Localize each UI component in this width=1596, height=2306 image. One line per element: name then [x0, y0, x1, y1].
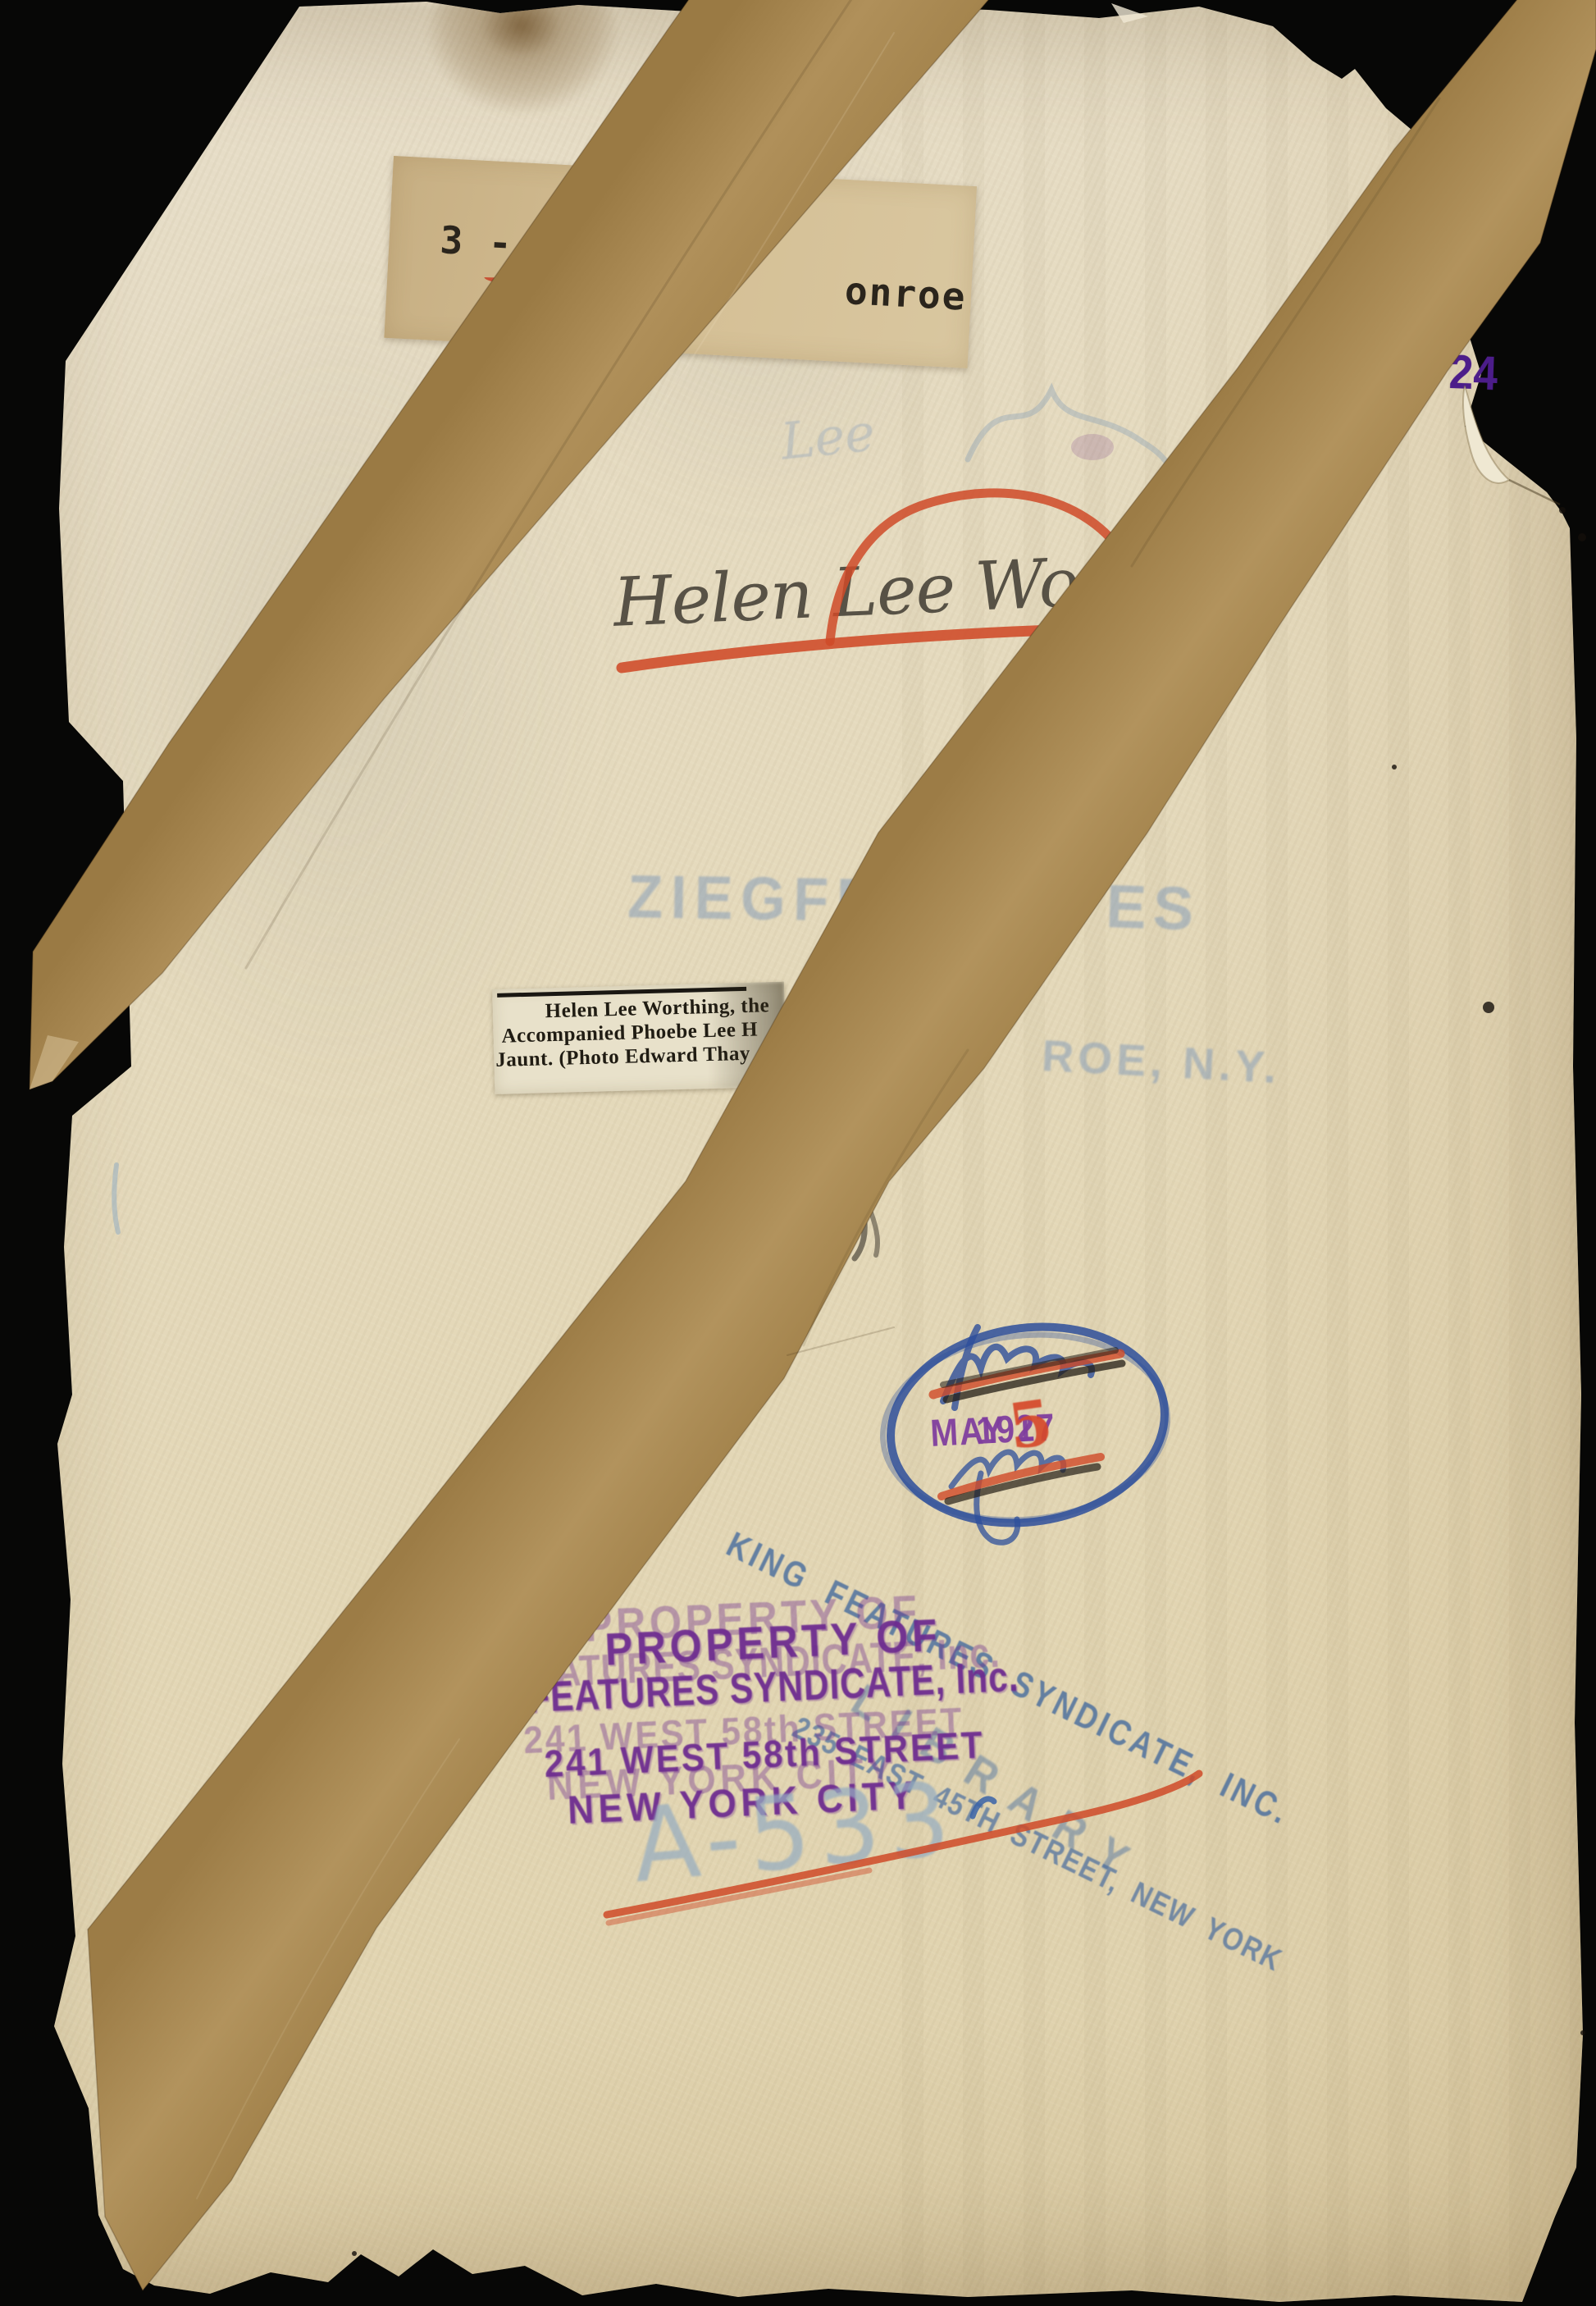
- gray-patch-left: [74, 271, 599, 1107]
- clipping-smudge: [706, 982, 787, 1089]
- label-red-underline: [484, 268, 623, 289]
- ziegfeld-stamp-line1-left: ZIEGFELD: [627, 861, 976, 937]
- label-text-right: onroe: [844, 268, 968, 319]
- scanned-photo-verso: 3 - Helen onroe ZIEGFELD ES EDWA ROE, N.…: [0, 0, 1596, 2306]
- ziegfeld-stamp-line1-right: ES: [1105, 871, 1202, 944]
- tape-strip-upper-left-fold: [30, 1035, 79, 1089]
- property-stamp-line2: FEATURES SYNDICATE, Inc.: [527, 1652, 1020, 1723]
- speck-2: [1578, 533, 1586, 541]
- newspaper-clipping: Helen Lee Worthing, the Accompanied Phoe…: [492, 982, 787, 1094]
- faint-pencil-scribble: Lee: [777, 402, 878, 472]
- label-text-left: 3 - Helen: [439, 217, 660, 273]
- corner-number: 24: [1448, 345, 1499, 401]
- typed-caption-label: 3 - Helen onroe: [384, 156, 977, 368]
